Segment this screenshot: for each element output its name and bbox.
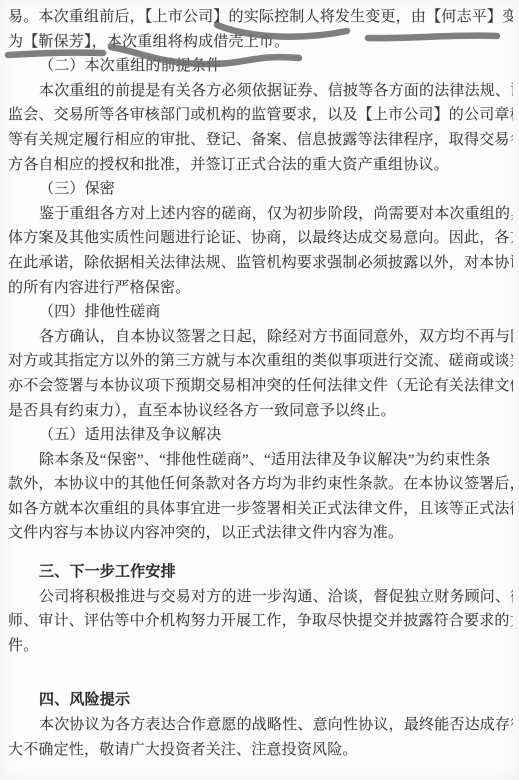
- text-line: 方各自相应的授权和批准，并签订正式合法的重大资产重组协议。: [8, 153, 513, 178]
- text-line: 件。: [8, 634, 513, 659]
- text-line: （四）排他性磋商: [8, 300, 513, 325]
- text-line: 为【靳保芳】，本次重组将构成借壳上市。: [8, 30, 513, 55]
- text-line: 鉴于重组各方对上述内容的磋商，仅为初步阶段，尚需要对本次重组的具: [8, 202, 513, 227]
- text-line: 各方确认，自本协议签署之日起，除经对方书面同意外，双方均不再与除: [8, 325, 513, 350]
- text-line: 的所有内容进行严格保密。: [8, 276, 513, 301]
- text-line: 在此承诺，除依据相关法律法规、监管机构要求强制必须披露以外，对本协议: [8, 251, 513, 276]
- text-line: 如各方就本次重组的具体事宜进一步签署相关正式法律文件，且该等正式法律: [8, 497, 513, 522]
- text-line: 款外，本协议中的其他任何条款对各方均为非约束性条款。在本协议签署后，: [8, 472, 513, 497]
- text-line: 除本条及“保密”、“排他性磋商”、“适用法律及争议解决”为约束性条: [8, 448, 513, 473]
- text-line: 大不确定性，敬请广大投资者关注、注意投资风险。: [8, 738, 513, 763]
- text-line: 监会、交易所等各审核部门或机构的监管要求，以及【上市公司】的公司章程: [8, 103, 513, 128]
- section-heading-line: 三、下一步工作安排: [8, 560, 513, 585]
- text-line: 对方或其指定方以外的第三方就与本次重组的类似事项进行交流、磋商或谈判，: [8, 349, 513, 374]
- text-line: 本次协议为各方表达合作意愿的战略性、意向性协议，最终能否达成存很: [8, 713, 513, 738]
- text-line: 是否具有约束力），直至本协议经各方一致同意予以终止。: [8, 399, 513, 424]
- document-page: 易。本次重组前后，【上市公司】的实际控制人将发生变更，由【何志平】变更为【靳保芳…: [0, 0, 519, 780]
- text-line: 亦不会签署与本协议项下预期交易相冲突的任何法律文件（无论有关法律文件: [8, 374, 513, 399]
- text-line: 易。本次重组前后，【上市公司】的实际控制人将发生变更，由【何志平】变更: [8, 5, 513, 30]
- text-line: 等有关规定履行相应的审批、登记、备案、信息披露等法律程序，取得交易各: [8, 128, 513, 153]
- section-heading-line: 四、风险提示: [8, 688, 513, 713]
- text-line: （五）适用法律及争议解决: [8, 423, 513, 448]
- text-line: 文件内容与本协议内容冲突的，以正式法律文件内容为准。: [8, 521, 513, 546]
- text-line: 公司将积极推进与交易对方的进一步沟通、洽谈，督促独立财务顾问、律: [8, 585, 513, 610]
- text-line: （三）保密: [8, 177, 513, 202]
- text-line: （二）本次重组的前提条件: [8, 54, 513, 79]
- text-line: 本次重组的前提是有关各方必须依据证券、信披等各方面的法律法规、证: [8, 79, 513, 104]
- document-body: 易。本次重组前后，【上市公司】的实际控制人将发生变更，由【何志平】变更为【靳保芳…: [0, 0, 519, 762]
- text-line: 体方案及其他实质性问题进行论证、协商，以最终达成交易意向。因此，各方: [8, 226, 513, 251]
- text-line: 师、审计、评估等中介机构努力开展工作，争取尽快提交并披露符合要求的文: [8, 609, 513, 634]
